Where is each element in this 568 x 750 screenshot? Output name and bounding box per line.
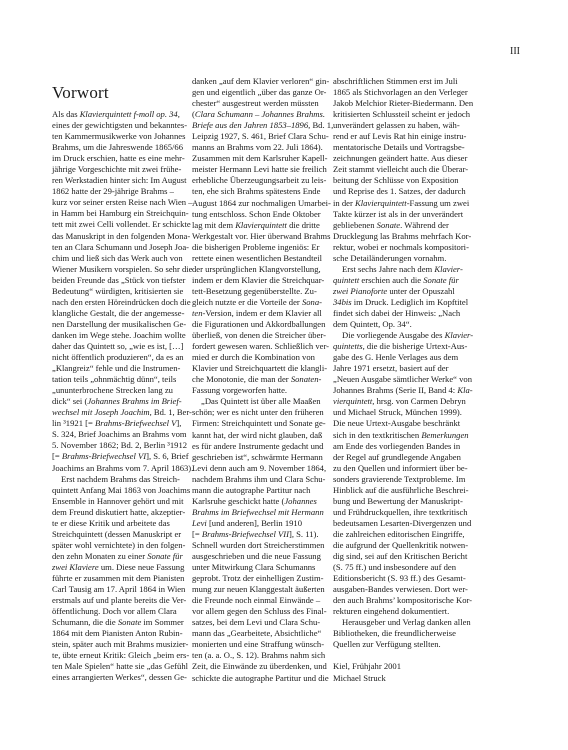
text-line: „Das Quintett ist über alle Maaßen — [192, 396, 332, 407]
text-line: danken „auf dem Klavier verloren“ gin- — [192, 76, 332, 87]
text-line: dig sind, sei auf den Kritischen Bericht — [333, 551, 475, 562]
text-line: den auch Brahms’ kompositorische Kor- — [333, 595, 475, 606]
text-line: te, übte erneut Kritik: Gleich „beim ers… — [52, 650, 194, 661]
italic-text: Briefe aus den Jahren 1853–1896 — [192, 120, 308, 130]
text-segment: nach den ersten Höreindrücken doch die — [52, 297, 191, 307]
text-line: und Reprise des 1. Satzes, der dadurch — [333, 186, 475, 197]
text-line: quintetts, die die bisherige Urtext-Aus- — [333, 341, 475, 352]
text-line: mann das „Gearbeitete, Absichtliche“ — [192, 628, 332, 639]
text-segment: Klavier und Streichquartett die klangli- — [192, 363, 327, 373]
text-line: Zeit stammt vielleicht auch die Überar- — [333, 164, 475, 175]
italic-text: Sonate — [377, 220, 400, 230]
text-line: indem er dem Klavier die Streichquar- — [192, 275, 332, 286]
text-segment: kurz vor seiner ersten Reise nach Wien – — [52, 197, 193, 207]
text-line: bung und Bewertung der Manuskript- — [333, 496, 475, 507]
text-line: quintett Anfang Mai 1863 von Joachims — [52, 485, 194, 496]
text-line: tett mit zwei Celli vollendet. Er schick… — [52, 219, 194, 230]
text-line: che Monotonie, die man der Sonaten- — [192, 374, 332, 385]
text-segment: Hinblick auf die ausführliche Beschrei- — [333, 485, 469, 495]
text-segment: und Frühdruckquellen, ihre textkritisch — [333, 507, 468, 517]
text-line: „ununterbrochene Strecken lang zu — [52, 385, 194, 396]
text-segment: 1862 hatte der 29-jährige Brahms – — [52, 186, 174, 196]
text-line: Brahms, um die Jahreswende 1865/66 — [52, 142, 194, 153]
text-line: mied er durch die Kombination von — [192, 352, 332, 363]
text-line: ten (a. a. O., S. 12). Brahms nahm sich — [192, 650, 332, 661]
text-segment: ten (a. a. O., S. 12). Brahms nahm sich — [192, 650, 325, 660]
text-segment: mied er durch die Kombination von — [192, 352, 315, 362]
text-line: die Freunde noch einmal Einwände – — [192, 595, 332, 606]
text-segment: überließ, von denen die Streicher über- — [192, 330, 326, 340]
text-line: Kiel, Frühjahr 2001 — [333, 661, 475, 672]
text-line: Als das Klavierquintett f-moll op. 34, — [52, 109, 194, 120]
text-segment: schön; wer es nicht unter den früheren — [192, 407, 324, 417]
text-line: den zehn Monaten zu einer Sonate für — [52, 551, 194, 562]
text-line: rettete einen wesentlichen Bestandteil — [192, 253, 332, 264]
text-segment: Bibliotheken, die freundlicherweise — [333, 628, 456, 638]
text-segment: der ursprünglichen Klangvorstellung, — [192, 264, 321, 274]
text-line: Joachims an Brahms vom 7. April 1863). — [52, 463, 194, 474]
text-column-right: abschriftlichen Stimmen erst im Juli1865… — [333, 76, 475, 684]
text-line: Karlsruhe geschickt hatte (Johannes — [192, 496, 332, 507]
text-line: sonders gravierende Textprobleme. Im — [333, 474, 475, 485]
text-segment: unverändert gelassen zu haben, wäh- — [333, 120, 460, 130]
text-line: Bibliotheken, die freundlicherweise — [333, 628, 475, 639]
text-line — [333, 650, 475, 661]
text-segment: zu den Quellen und informiert über be- — [333, 463, 468, 473]
text-line: Streichquintett (dessen Manuskript er — [52, 529, 194, 540]
text-line: ren Werkstadien hinter sich: Im August — [52, 175, 194, 186]
text-segment: dick“ sei ( — [52, 396, 87, 406]
text-segment: dem Freund diskutiert hatte, akzeptier- — [52, 507, 185, 517]
text-segment: Leipzig 1927, S. 461, Brief Clara Schu- — [192, 131, 329, 141]
text-segment: , Bd. 1, — [308, 120, 333, 130]
text-segment: Werkgestalt vor. Hier überwand Brahms — [192, 231, 330, 241]
text-segment: rekturen eingehend dokumentiert. — [333, 606, 449, 616]
text-segment: lin ³1921 [= — [52, 418, 95, 428]
text-segment: Brahms, um die Jahreswende 1865/66 — [52, 142, 183, 152]
text-segment: Herausgeber und Verlag danken allen — [342, 617, 471, 627]
text-segment: die bisherigen Probleme ingeniös: Er — [192, 242, 319, 252]
text-line: gleich nutzte er die Vorteile der Sona- — [192, 297, 332, 308]
text-segment: die Figurationen und Akkordballungen — [192, 319, 325, 329]
text-line: findet sich dabei der Hinweis: „Nach — [333, 308, 475, 319]
text-line: Die neue Urtext-Ausgabe beschränkt — [333, 418, 475, 429]
text-line: 1864 mit dem Pianisten Anton Rubin- — [52, 628, 194, 639]
text-line: te er diese Kritik und arbeitete das — [52, 518, 194, 529]
text-segment: tett mit zwei Celli vollendet. Er schick… — [52, 219, 191, 229]
text-line: eines der gewichtigsten und bekanntes- — [52, 120, 194, 131]
text-segment: nicht öffentlich produzieren“, da es an — [52, 352, 184, 362]
text-segment: gabe des G. Henle Verlages aus dem — [333, 352, 458, 362]
text-segment: (S. 75 ff.) und insbesondere auf den — [333, 562, 456, 572]
text-line: 5. November 1862; Bd. 2, Berlin ³1912 — [52, 440, 194, 451]
text-segment: August 1864 zur nochmaligen Umarbei- — [192, 198, 331, 208]
text-line: erstmals auf und plante bereits die Ver- — [52, 595, 194, 606]
text-line: zu den Quellen und informiert über be- — [333, 463, 475, 474]
text-segment: Michael Struck — [333, 673, 386, 683]
text-line: Carl Tausig am 17. April 1864 in Wien — [52, 584, 194, 595]
text-line: tett-Besetzung gegenüberstellte. Zu- — [192, 286, 332, 297]
text-segment: . Während der — [400, 220, 449, 230]
text-line: bedeutsamen Lesarten-Divergenzen und — [333, 518, 475, 529]
text-line: ten Kammermusikwerke von Johannes — [52, 131, 194, 142]
text-line: klangliche Gestalt, die der angemesse- — [52, 308, 194, 319]
text-segment: daher das Quintett so, „wie es ist, […] — [52, 341, 184, 351]
text-segment: und Michael Struck, München 1999). — [333, 407, 462, 417]
text-segment: später wohl vernichtete) in den folgen- — [52, 540, 185, 550]
text-segment: Streichquintett (dessen Manuskript er — [52, 529, 181, 539]
text-segment: Wiener Musikern vorspielen. So sehr die — [52, 264, 192, 274]
text-segment: sche Detailänderungen vornahm. — [333, 253, 446, 263]
text-segment: [= — [52, 451, 62, 461]
text-segment: Takte kürzer ist als in der unverändert — [333, 209, 463, 219]
text-segment: ausgeschrieben und die neue Fassung — [192, 551, 321, 561]
italic-text: Klavier- — [445, 330, 473, 340]
text-segment: Zeit, die Einwände zu überdenken, und — [192, 661, 327, 671]
text-segment: meister Hermann Levi hatte sie freilich — [192, 164, 327, 174]
text-segment: unter der Opuszahl — [387, 286, 455, 296]
italic-text: Sonate für — [147, 551, 183, 561]
text-segment: nen Darstellung der musikalischen Ge- — [52, 319, 186, 329]
text-segment: ten an Clara Schumann und Joseph Joa- — [52, 242, 189, 252]
text-line: am Ende des vorliegenden Bandes in — [333, 441, 475, 452]
text-segment: öffentlichung. Doch vor allem Clara — [52, 606, 177, 616]
text-line: August 1864 zur nochmaligen Umarbei- — [192, 198, 332, 209]
text-line: mung zur neuen Klanggestalt äußerten — [192, 584, 332, 595]
text-segment: das Manuskript in den folgenden Mona- — [52, 231, 190, 241]
text-line: erhebliche Überzeugungsarbeit zu leis- — [192, 175, 332, 186]
text-segment: te, übte erneut Kritik: Gleich „beim ers… — [52, 650, 189, 660]
text-line: die bisherigen Probleme ingeniös: Er — [192, 242, 332, 253]
text-line: ten an Clara Schumann und Joseph Joa- — [52, 242, 194, 253]
text-segment: gebliebenen — [333, 220, 377, 230]
text-segment: die zahlreichen editorischen Eingriffe, — [333, 529, 465, 539]
text-line: lin ³1921 [= Brahms-Briefwechsel V], — [52, 418, 194, 429]
page-title: Vorwort — [52, 83, 109, 103]
text-line: ten Male Spielen“ hatte sie „das Gefühl — [52, 661, 194, 672]
text-segment: stein, später auch mit Brahms musizier- — [52, 639, 188, 649]
text-line: Ensemble in Hannover gehört und mit — [52, 496, 194, 507]
text-segment: geprobt. Trotz der einhelligen Zustim- — [192, 573, 324, 583]
text-segment: tung entschloss. Schon Ende Oktober — [192, 209, 321, 219]
text-segment: geschrieben ist“, schwärmte Hermann — [192, 452, 323, 462]
text-segment: ], — [176, 418, 181, 428]
text-line: daher das Quintett so, „wie es ist, […] — [52, 341, 194, 352]
text-line: schickte die autographe Partitur und die — [192, 673, 332, 684]
text-line: nachdem Brahms ihm und Clara Schu- — [192, 474, 332, 485]
text-segment: 1864 mit dem Pianisten Anton Rubin- — [52, 628, 183, 638]
text-line: Leipzig 1927, S. 461, Brief Clara Schu- — [192, 131, 332, 142]
text-segment: der Regel auf grundlegende Angaben — [333, 452, 461, 462]
text-segment: abschriftlichen Stimmen erst im Juli — [333, 76, 458, 86]
text-segment: Die neue Urtext-Ausgabe beschränkt — [333, 418, 460, 428]
text-line: dick“ sei (Johannes Brahms im Brief- — [52, 396, 194, 407]
text-line: sche Detailänderungen vornahm. — [333, 253, 475, 264]
text-line: mann die autographe Partitur nach — [192, 485, 332, 496]
text-segment: eines der gewichtigsten und bekanntes- — [52, 120, 187, 130]
text-line: danken im Wege stehe. Joachim wollte — [52, 330, 194, 341]
text-segment: Firmen: Streichquintett und Sonate ge- — [192, 418, 326, 428]
text-line: Editionsbericht (S. 93 ff.) des Gesamt- — [333, 573, 475, 584]
text-line: manns an Brahms vom 22. Juli 1864). — [192, 142, 332, 153]
text-line: dem Freund diskutiert hatte, akzeptier- — [52, 507, 194, 518]
text-line: Erst sechs Jahre nach dem Klavier- — [333, 264, 475, 275]
text-segment: tation teils „ohnmächtig dünn“, teils — [52, 374, 176, 384]
text-segment: 1865 als Stichvorlagen an den Verleger — [333, 87, 468, 97]
text-line: [= Brahms-Briefwechsel VII], S. 11). — [192, 529, 332, 540]
text-segment: Erst nachdem Brahms das Streich- — [61, 474, 180, 484]
text-segment: „Neuen Ausgabe sämtlicher Werke“ von — [333, 374, 472, 384]
italic-text: Johannes — [284, 496, 316, 506]
text-segment: monierten und eine Straffung wünsch- — [192, 639, 324, 649]
text-line: tung entschloss. Schon Ende Oktober — [192, 209, 332, 220]
text-segment: ], S. 6, Brief — [146, 451, 189, 461]
text-segment: kritisierten Schlussteil scheint er jedo… — [333, 109, 470, 119]
text-line: das Manuskript in den folgenden Mona- — [52, 231, 194, 242]
text-line: sich in den textkritischen Bemerkungen — [333, 430, 475, 441]
text-line: rekturen eingehend dokumentiert. — [333, 606, 475, 617]
text-segment: -Version, indem er dem Klavier all — [203, 308, 322, 318]
text-line: Herausgeber und Verlag danken allen — [333, 617, 475, 628]
text-line: quintett erschien auch die Sonate für — [333, 275, 475, 286]
italic-text: Johannes Brahms im Brief- — [87, 396, 181, 406]
text-segment: Schumann, die die — [52, 617, 118, 627]
italic-text: Brahms-Briefwechsel VI — [62, 451, 146, 461]
italic-text: Kla- — [457, 385, 472, 395]
text-line: beiden Freunde das „Stück von tiefster — [52, 275, 194, 286]
text-line: rend er auf Levis Rat hin einige instru- — [333, 131, 475, 142]
page-number: III — [510, 46, 520, 57]
text-segment: Jahre 1971 ersetzt, basiert auf der — [333, 363, 449, 373]
text-line: stein, später auch mit Brahms musizier- — [52, 639, 194, 650]
text-column-middle: danken „auf dem Klavier verloren“ gin-ge… — [192, 76, 332, 684]
text-segment: beiden Freunde das „Stück von tiefster — [52, 275, 185, 285]
text-line: geschrieben ist“, schwärmte Hermann — [192, 452, 332, 463]
text-line: satzes, bei dem Levi und Clara Schu- — [192, 617, 332, 628]
text-line: nicht öffentlich produzieren“, da es an — [52, 352, 194, 363]
text-line: wechsel mit Joseph Joachim, Bd. 1, Ber- — [52, 407, 194, 418]
text-segment: es für andere Instrumente gedacht und — [192, 441, 323, 451]
text-segment: chester“ ausgestreut werden müssten — [192, 98, 319, 108]
text-segment: , hrsg. von Carmen Debryn — [372, 396, 466, 406]
italic-text: Levi — [192, 518, 207, 528]
text-line: vor allem gegen den Schluss des Final- — [192, 606, 332, 617]
text-segment: den auch Brahms’ kompositorische Kor- — [333, 595, 472, 605]
text-line: kritisierten Schlussteil scheint er jedo… — [333, 109, 475, 120]
text-segment: Schnell wurden dort Streicherstimmen — [192, 540, 324, 550]
text-line: nach den ersten Höreindrücken doch die — [52, 297, 194, 308]
text-segment: Als das — [52, 109, 80, 119]
text-segment: Kiel, Frühjahr 2001 — [333, 661, 401, 671]
text-segment: im Druck. Lediglich im Kopftitel — [352, 297, 468, 307]
text-line: zeichnungen geändert hatte. Aus dieser — [333, 153, 475, 164]
text-segment: fordert gewesen waren. Schließlich ver- — [192, 341, 329, 351]
text-segment: Zeit stammt vielleicht auch die Überar- — [333, 164, 468, 174]
text-line: Firmen: Streichquintett und Sonate ge- — [192, 418, 332, 429]
text-line: die zahlreichen editorischen Eingriffe, — [333, 529, 475, 540]
text-line: Werkgestalt vor. Hier überwand Brahms — [192, 231, 332, 242]
italic-text: Klavier- — [434, 264, 462, 274]
text-segment: mentatorische Details und Vortragsbe- — [333, 142, 465, 152]
text-line: Schumann, die die Sonate im Sommer — [52, 617, 194, 628]
text-segment: danken im Wege stehe. Joachim wollte — [52, 330, 186, 340]
text-segment: indem er dem Klavier die Streichquar- — [192, 275, 324, 285]
text-segment: Quellen zur Verfügung stellten. — [333, 639, 441, 649]
italic-text: Brahms im Briefwechsel mit Hermann — [192, 507, 324, 517]
text-line: Levi [und anderen], Berlin 1910 — [192, 518, 332, 529]
text-segment: mung zur neuen Klanggestalt äußerten — [192, 584, 325, 594]
text-segment: sich in den textkritischen — [333, 430, 421, 440]
text-segment: , Bd. 1, Ber- — [150, 407, 192, 417]
italic-text: Sona- — [302, 297, 322, 307]
text-line: zwei Klaviere um. Diese neue Fassung — [52, 562, 194, 573]
text-segment: sonders gravierende Textprobleme. Im — [333, 474, 465, 484]
text-segment: erschien auch die — [359, 275, 423, 285]
italic-text: Sonaten — [291, 374, 319, 384]
text-line: fordert gewesen waren. Schließlich ver- — [192, 341, 332, 352]
text-segment: unter Mitwirkung Clara Schumanns — [192, 562, 315, 572]
italic-text: zwei Klaviere — [52, 562, 99, 572]
text-line: „Neuen Ausgabe sämtlicher Werke“ von — [333, 374, 475, 385]
text-segment: [= — [192, 529, 202, 539]
text-segment: satzes, bei dem Levi und Clara Schu- — [192, 617, 320, 627]
text-line: Erst nachdem Brahms das Streich- — [52, 474, 194, 485]
text-line: überließ, von denen die Streicher über- — [192, 330, 332, 341]
text-segment: rend er auf Levis Rat hin einige instru- — [333, 131, 466, 141]
text-segment: in der — [333, 198, 355, 208]
text-line: später wohl vernichtete) in den folgen- — [52, 540, 194, 551]
text-segment: rettete einen wesentlichen Bestandteil — [192, 253, 322, 263]
text-line: gabe des G. Henle Verlages aus dem — [333, 352, 475, 363]
text-segment: jährige Vorgeschichte mit zwei frühe- — [52, 164, 181, 174]
text-line: nen Darstellung der musikalischen Ge- — [52, 319, 194, 330]
text-segment: kannt hat, der wird nicht glauben, daß — [192, 430, 322, 440]
text-line: und Frühdruckquellen, ihre textkritisch — [333, 507, 475, 518]
text-segment: danken „auf dem Klavier verloren“ gin- — [192, 76, 329, 86]
text-line: die Figurationen und Akkordballungen — [192, 319, 332, 330]
text-line: kurz vor seiner ersten Reise nach Wien – — [52, 197, 194, 208]
text-line: S. 324, Brief Joachims an Brahms vom — [52, 429, 194, 440]
text-line: unter Mitwirkung Clara Schumanns — [192, 562, 332, 573]
text-segment: nachdem Brahms ihm und Clara Schu- — [192, 474, 325, 484]
text-segment: erhebliche Überzeugungsarbeit zu leis- — [192, 175, 326, 185]
text-line: chester“ ausgestreut werden müssten — [192, 98, 332, 109]
text-segment: lag mit dem — [192, 220, 235, 230]
text-segment: erstmals auf und plante bereits die Ver- — [52, 595, 186, 605]
text-line: ausgeschrieben und die neue Fassung — [192, 551, 332, 562]
text-line: unverändert gelassen zu haben, wäh- — [333, 120, 475, 131]
text-line: Zusammen mit dem Karlsruher Kapell- — [192, 153, 332, 164]
text-segment: Zusammen mit dem Karlsruher Kapell- — [192, 153, 328, 163]
text-segment: Fassung vorgeworfen hatte. — [192, 385, 287, 395]
text-segment: schickte die autographe Partitur und die — [192, 673, 329, 683]
text-line: Briefe aus den Jahren 1853–1896, Bd. 1, — [192, 120, 332, 131]
text-segment: Karlsruhe geschickt hatte ( — [192, 496, 284, 506]
text-segment: „ununterbrochene Strecken lang zu — [52, 385, 173, 395]
text-segment: Die vorliegende Ausgabe des — [342, 330, 445, 340]
text-line: der ursprünglichen Klangvorstellung, — [192, 264, 332, 275]
text-segment: eines arrangierten Werkes“, dessen Ge- — [52, 672, 187, 682]
text-segment: die dritte — [287, 220, 320, 230]
text-segment: gleich nutzte er die Vorteile der — [192, 297, 302, 307]
text-segment: die aufgrund der Quellenkritik notwen- — [333, 540, 468, 550]
text-segment: -Fassung um zwei — [407, 198, 470, 208]
text-line: meister Hermann Levi hatte sie freilich — [192, 164, 332, 175]
text-line: Quellen zur Verfügung stellten. — [333, 639, 475, 650]
text-segment: 5. November 1862; Bd. 2, Berlin ³1912 — [52, 440, 187, 450]
text-segment: mann die autographe Partitur nach — [192, 485, 310, 495]
text-line: gen und eigentlich „über das ganze Or- — [192, 87, 332, 98]
text-segment: te er diese Kritik und arbeitete das — [52, 518, 170, 528]
text-line: jährige Vorgeschichte mit zwei frühe- — [52, 164, 194, 175]
text-segment: - — [319, 374, 322, 384]
text-line: monierten und eine Straffung wünsch- — [192, 639, 332, 650]
text-line: Wiener Musikern vorspielen. So sehr die — [52, 264, 194, 275]
text-line: vierquintett, hrsg. von Carmen Debryn — [333, 396, 475, 407]
text-segment: im Druck erschien, hatte es eine mehr- — [52, 153, 185, 163]
italic-text: Brahms-Briefwechsel V — [95, 418, 176, 428]
text-segment: rektur, wobei er nochmals kompositori- — [333, 242, 469, 252]
text-segment: Editionsbericht (S. 93 ff.) des Gesamt- — [333, 573, 466, 583]
text-segment: um. Diese neue Fassung — [99, 562, 185, 572]
text-line: öffentlichung. Doch vor allem Clara — [52, 606, 194, 617]
text-line: Drucklegung las Brahms mehrfach Kor- — [333, 231, 475, 242]
italic-text: Sonate — [118, 617, 141, 627]
text-segment: mann das „Gearbeitete, Absichtliche“ — [192, 628, 321, 638]
text-line: (Clara Schumann – Johannes Brahms. — [192, 109, 332, 120]
text-line: Johannes Brahms (Serie II, Band 4: Kla- — [333, 385, 475, 396]
text-line: [= Brahms-Briefwechsel VI], S. 6, Brief — [52, 451, 194, 462]
text-segment: Joachims an Brahms vom 7. April 1863). — [52, 463, 193, 473]
text-segment: Levi denn auch am 9. November 1864, — [192, 463, 326, 473]
text-line: ten, ehe sich Brahms spätestens Ende — [192, 186, 332, 197]
text-line: in der Klavierquintett-Fassung um zwei — [333, 198, 475, 209]
italic-text: Bemerkungen — [421, 430, 468, 440]
text-line: die aufgrund der Quellenkritik notwen- — [333, 540, 475, 551]
text-segment: die Freunde noch einmal Einwände – — [192, 595, 320, 605]
text-segment: Drucklegung las Brahms mehrfach Kor- — [333, 231, 471, 241]
text-line: Zeit, die Einwände zu überdenken, und — [192, 661, 332, 672]
text-segment: vor allem gegen den Schluss des Final- — [192, 606, 327, 616]
text-segment: [und anderen], Berlin 1910 — [207, 518, 302, 528]
text-line: Michael Struck — [333, 673, 475, 684]
text-line: 1862 hatte der 29-jährige Brahms – — [52, 186, 194, 197]
text-segment: Erst sechs Jahre nach dem — [342, 264, 434, 274]
italic-text: ten — [192, 308, 203, 318]
text-line: in Hamm bei Hamburg ein Streichquin- — [52, 208, 194, 219]
text-segment: Jakob Melchior Rieter-Biedermann. Den — [333, 98, 473, 108]
text-line: im Druck erschien, hatte es eine mehr- — [52, 153, 194, 164]
text-segment: ten Kammermusikwerke von Johannes — [52, 131, 185, 141]
text-line: beitung der Schlüsse von Exposition — [333, 175, 475, 186]
text-segment: bung und Bewertung der Manuskript- — [333, 496, 463, 506]
text-segment: den zehn Monaten zu einer — [52, 551, 147, 561]
text-segment: ], S. 11). — [289, 529, 319, 539]
text-line: Takte kürzer ist als in der unverändert — [333, 209, 475, 220]
text-line: kannt hat, der wird nicht glauben, daß — [192, 430, 332, 441]
text-segment: chim und ließ sich das Werk auch von — [52, 253, 183, 263]
text-segment: im Sommer — [141, 617, 184, 627]
text-segment: che Monotonie, die man der — [192, 374, 291, 384]
text-segment: zeichnungen geändert hatte. Aus dieser — [333, 153, 467, 163]
italic-text: 34bis — [333, 297, 352, 307]
text-line: tation teils „ohnmächtig dünn“, teils — [52, 374, 194, 385]
text-segment: tett-Besetzung gegenüberstellte. Zu- — [192, 286, 317, 296]
text-segment: gen und eigentlich „über das ganze Or- — [192, 87, 326, 97]
text-line: Klavier und Streichquartett die klangli- — [192, 363, 332, 374]
text-segment: klangliche Gestalt, die der angemesse- — [52, 308, 184, 318]
text-line: eines arrangierten Werkes“, dessen Ge- — [52, 672, 194, 683]
